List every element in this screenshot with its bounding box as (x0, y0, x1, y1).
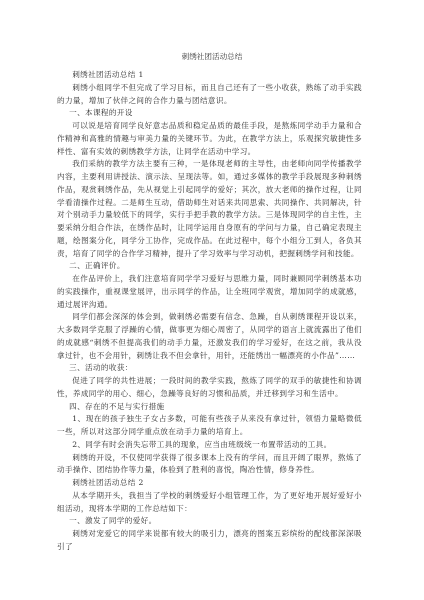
subheading: 三、活动的收获： (57, 362, 362, 375)
subheading: 一、激发了同学的爱好。 (57, 515, 362, 528)
section-heading: 刺绣社团活动总结 1 (57, 69, 362, 82)
paragraph: 刺绣对宠爱它的同学来说都有较大的吸引力，漂亮的图案五彩缤纷的配线都深深吸引了 (57, 528, 362, 554)
paragraph: 从本学期开头，我担当了学校的刺绣爱好小组管理工作，为了更好地开展好爱好小组活动，… (57, 490, 362, 516)
paragraph: 可以说是培育同学良好意志品质和稳定品质的最佳手段，是熬炼同学动手力量和合作精神和… (57, 120, 362, 158)
paragraph: 在作品评价上，我们注意培育同学学习爱好与思维力量，同时兼顾同学刺绣基本功的实践操… (57, 273, 362, 311)
subheading: 一、本课程的开设 (57, 107, 362, 120)
paragraph: 促进了同学的共性进展；一段时间的教学实践，熬炼了同学的双手的敏捷性和协调性，养成… (57, 375, 362, 401)
paragraph: 刺绣小组同学不但完成了学习目标，而且自己还有了一些小收获，熟练了动手实践的力量，… (57, 82, 362, 108)
paragraph: 我们采纳的教学方法主要有三种，一是体现老师的主导性，由老师向同学传播教学内容，主… (57, 158, 362, 260)
document-title: 刺绣社团活动总结 (0, 51, 424, 63)
paragraph: 2、同学有时会消失忘带工具的现象，应当由班级统一布置带活动的工具。 (57, 439, 362, 452)
section-heading: 刺绣社团活动总结 2 (57, 477, 362, 490)
paragraph: 同学们都会深深的体会到，做刺绣必需要有信念、急躁，自从刺绣课程开设以来，大多数同… (57, 311, 362, 362)
paragraph: 1、现在的孩子独生子女占多数，可能有些孩子从来没有拿过针，领悟力量略微低一些，所… (57, 413, 362, 439)
subheading: 二、正确评价。 (57, 260, 362, 273)
subheading: 四、存在的不足与实行措施 (57, 401, 362, 414)
document-page: 刺绣社团活动总结 刺绣社团活动总结 1 刺绣小组同学不但完成了学习目标，而且自己… (0, 0, 424, 600)
paragraph: 刺绣的开设，不仅使同学获得了很多课本上没有的学问，而且开阔了眼界，熬炼了动手操作… (57, 452, 362, 478)
document-body: 刺绣社团活动总结 1 刺绣小组同学不但完成了学习目标，而且自己还有了一些小收获，… (57, 69, 362, 554)
